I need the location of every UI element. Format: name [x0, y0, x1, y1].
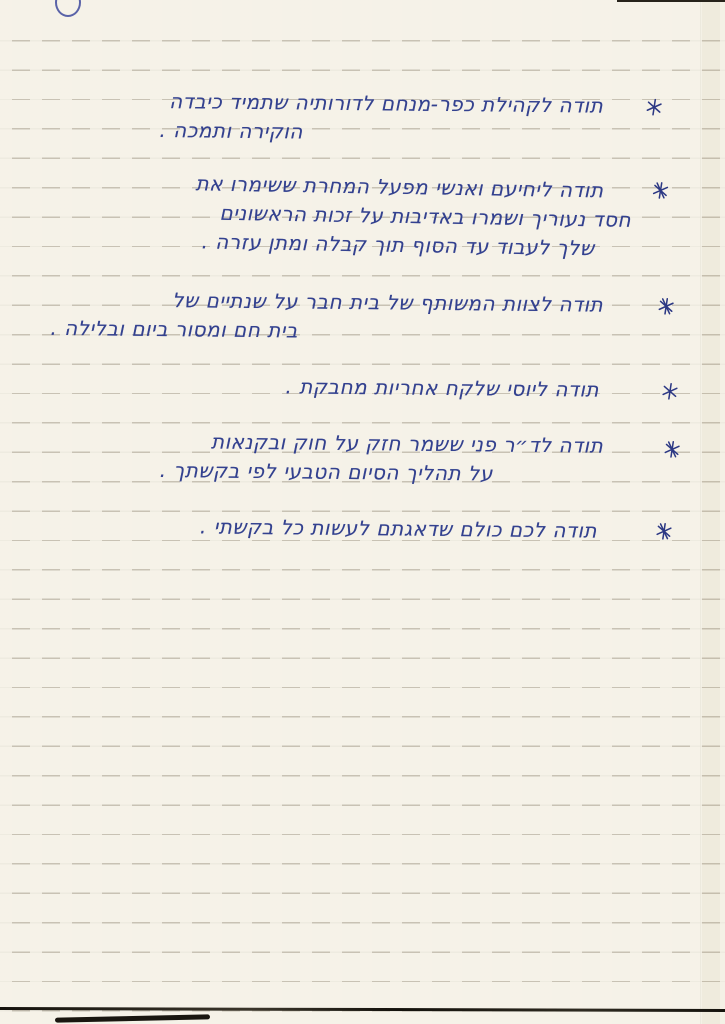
text-line: בית חם ומסור ביום ובלילה . — [45, 314, 603, 349]
text-line: על תהליך הסיום הטבעי לפי בקשתך . — [45, 455, 603, 490]
text-line: תודה לכם כולם שדאגתם לעשות כל בקשתי . — [45, 511, 603, 546]
asterisk-bullet-icon — [655, 519, 673, 537]
handwritten-text-block: תודה לקהילת כפר-מנחם לדורותיה שתמיד כיבד… — [45, 92, 637, 573]
thanks-paragraph-community: תודה לקהילת כפר-מנחם לדורותיה שתמיד כיבד… — [45, 86, 638, 150]
asterisk-bullet-icon — [651, 178, 669, 196]
thanks-paragraph-doctor: תודה לד״ר פני ששמר חזק על חוק ובקנאות על… — [45, 426, 638, 490]
thanks-paragraph-yossi: תודה ליוסי שלקח אחריות מחבקת . — [45, 370, 637, 405]
asterisk-bullet-icon — [661, 379, 679, 397]
thanks-paragraph-everyone: תודה לכם כולם שדאגתם לעשות כל בקשתי . — [45, 511, 637, 546]
text-line: הוקירה ותמכה . — [45, 115, 603, 150]
thanks-paragraph-factory-people: תודה ליחיעם ואנשי מפעל המחרת ששימרו את ח… — [44, 167, 637, 264]
scanned-notebook-page: תודה לקהילת כפר-מנחם לדורותיה שתמיד כיבד… — [0, 0, 725, 1024]
thanks-paragraph-staff: תודה לצוות המשותף של בית חבר על שנתיים ש… — [45, 285, 638, 349]
asterisk-bullet-icon — [657, 294, 675, 312]
text-line: תודה ליוסי שלקח אחריות מחבקת . — [45, 370, 603, 405]
asterisk-bullet-icon — [645, 95, 663, 113]
scan-top-edge-shadow — [617, 0, 725, 2]
asterisk-bullet-icon — [663, 437, 681, 455]
